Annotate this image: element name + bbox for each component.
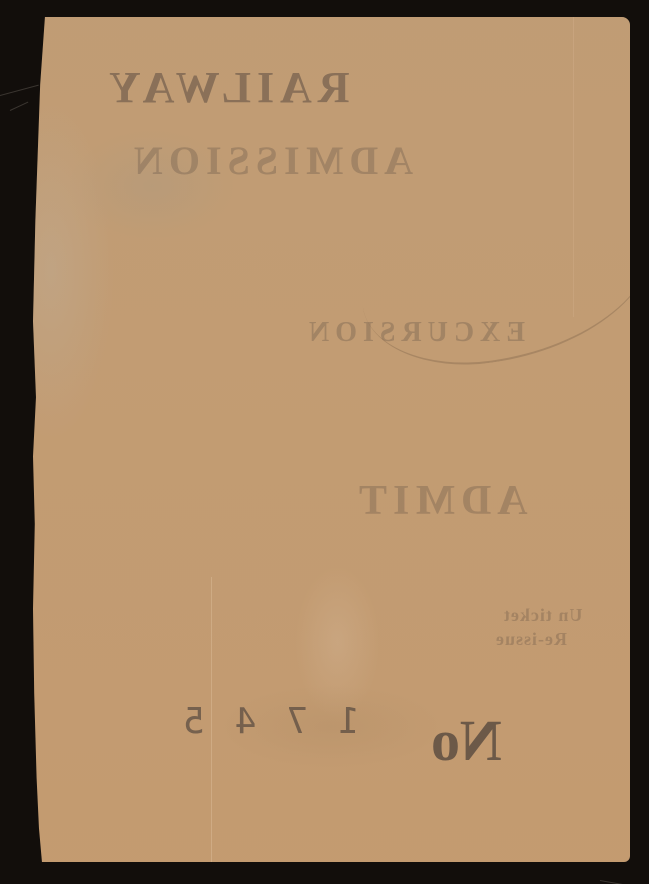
scratch-mark bbox=[0, 85, 39, 96]
fold-crease bbox=[573, 17, 574, 317]
scratch-mark bbox=[600, 880, 640, 884]
serial-number: 1745 bbox=[153, 701, 360, 742]
scratch-mark bbox=[10, 102, 29, 111]
bleed-text-admit: ADMIT bbox=[353, 477, 528, 525]
tear-mark bbox=[356, 217, 630, 380]
photo-background: { "image": { "subject": "Reverse side of… bbox=[0, 0, 649, 884]
bleed-text-middle: EXCURSION bbox=[303, 317, 525, 349]
bleed-text-subtitle: ADMISSION bbox=[128, 137, 413, 184]
bleed-text-footer-1: Un ticket bbox=[503, 605, 583, 626]
number-label: No bbox=[431, 707, 502, 774]
bleed-text-title: RAILWAY bbox=[103, 62, 350, 113]
bleed-text-footer-2: Re-issue bbox=[495, 629, 567, 650]
ticket-back: RAILWAY ADMISSION EXCURSION ADMIT Un tic… bbox=[33, 17, 630, 862]
